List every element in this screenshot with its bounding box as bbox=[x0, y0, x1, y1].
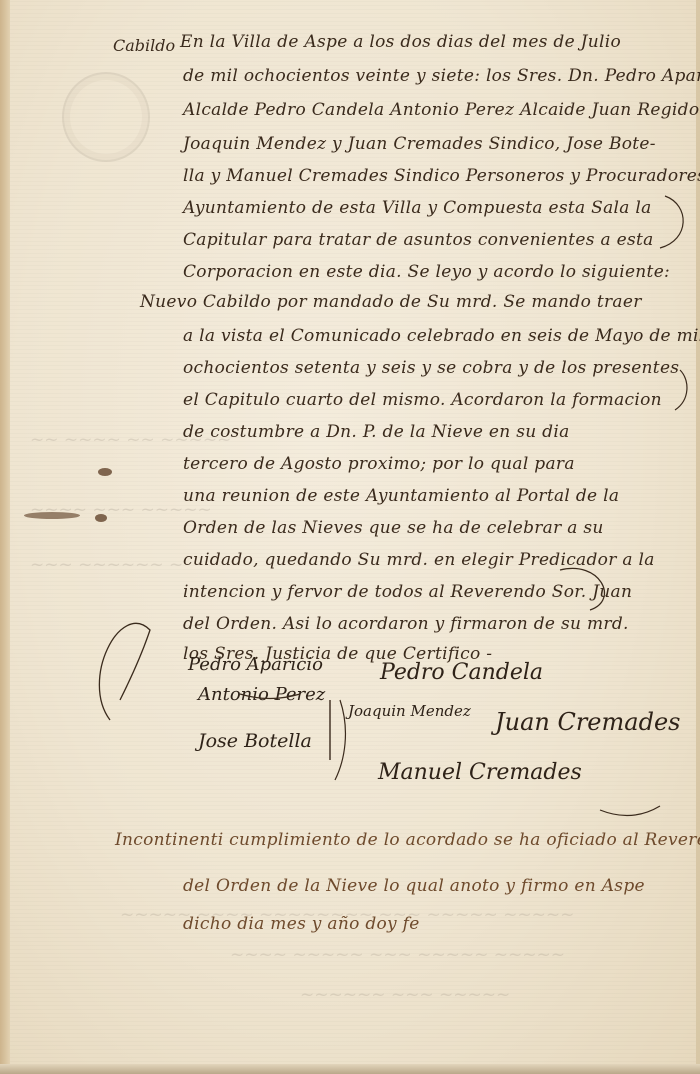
pen-flourishes bbox=[0, 0, 700, 1074]
manuscript-page: ~~ ~~~~ ~~ ~~~~~ ~~~~ ~~~ ~~~~~ ~~~ ~~~~… bbox=[0, 0, 700, 1074]
